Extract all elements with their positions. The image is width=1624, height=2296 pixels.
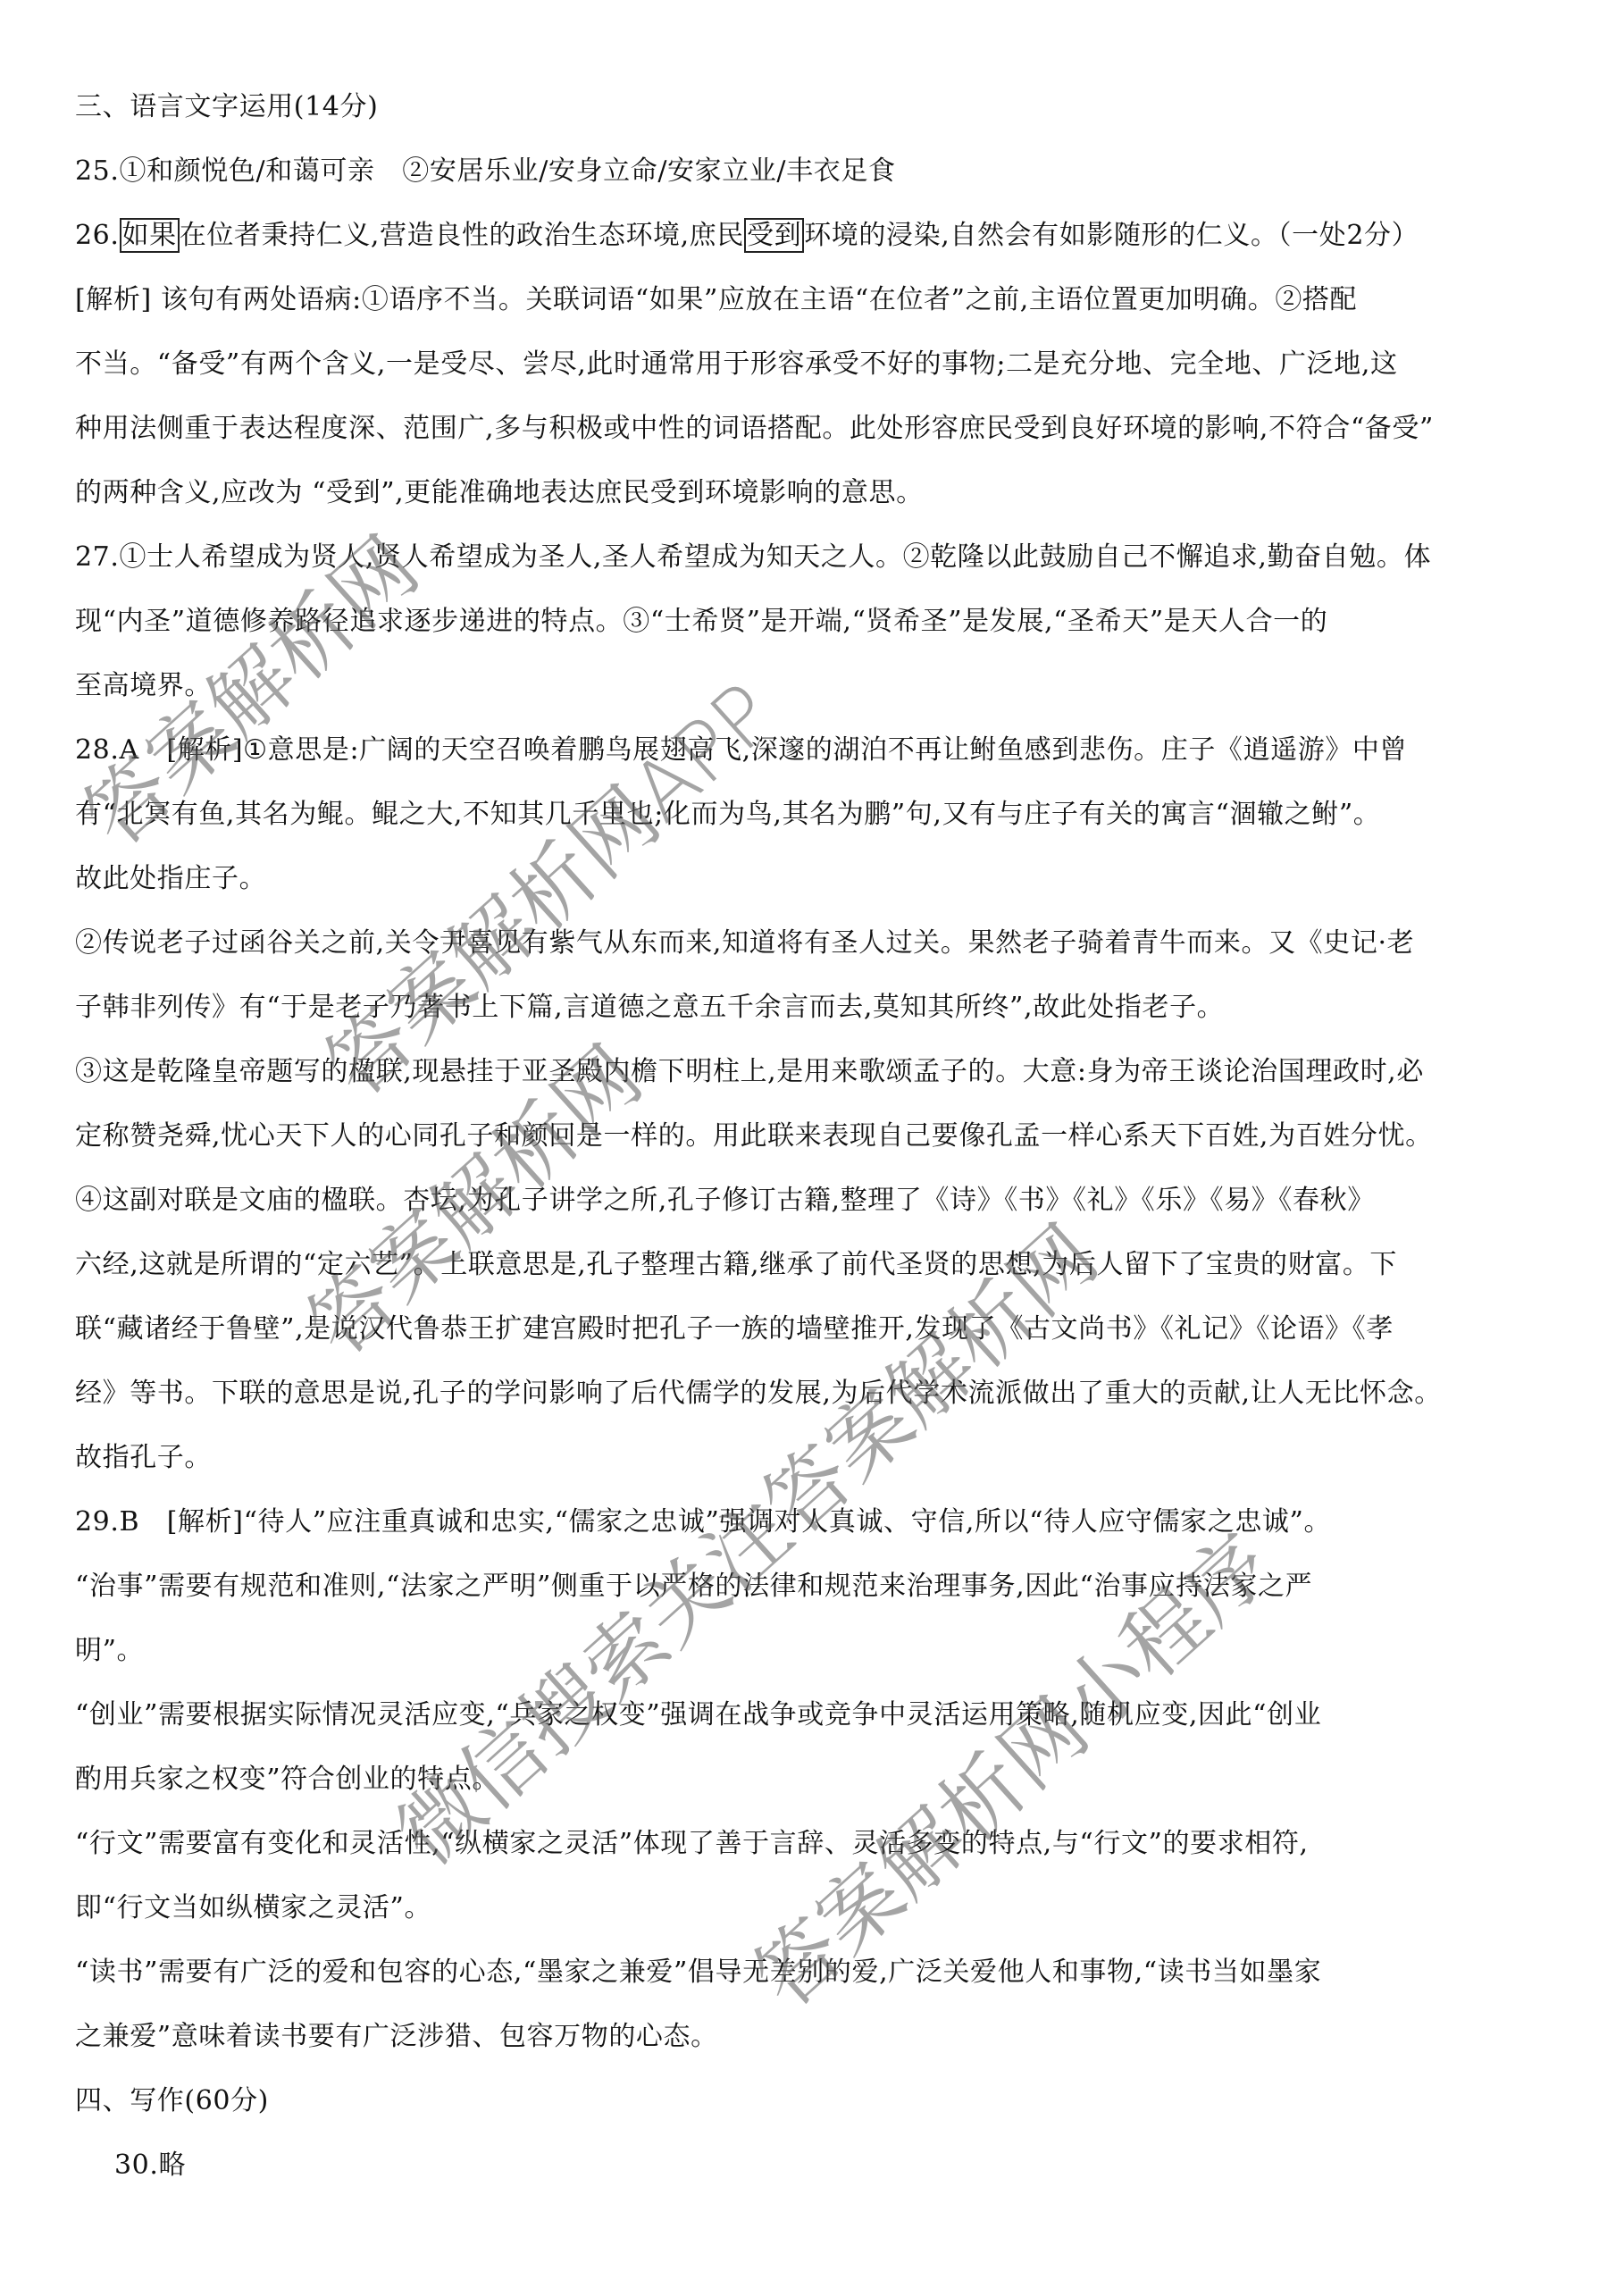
answer-29-line: 29.B [解析]“待人”应注重真诚和忠实,“儒家之忠诚”强调对人真诚、守信,所… (75, 1504, 1331, 1540)
answer-26-suffix: 环境的浸染,自然会有如影随形的仁义。（一处2分） (804, 220, 1419, 251)
answer-28-line: ③这是乾隆皇帝题写的楹联,现悬挂于亚圣殿内檐下明柱上,是用来歌颂孟子的。大意:身… (75, 1054, 1424, 1090)
answer-30: 30.略 (114, 2148, 186, 2183)
answer-29-line: 之兼爱”意味着读书要有广泛涉猎、包容万物的心态。 (75, 2019, 718, 2055)
watermark: 答案解析网APP (297, 652, 796, 1119)
boxed-correction-1: 如果 (120, 218, 180, 253)
analysis-26-line: 不当。“备受”有两个含义,一是受尽、尝尽,此时通常用于形容承受不好的事物;二是充… (75, 347, 1398, 382)
answer-25: 25.①和颜悦色/和蔼可亲 ②安居乐业/安身立命/安家立业/丰衣足食 (75, 154, 896, 189)
answer-28-line: ②传说老子过函谷关之前,关令尹喜见有紫气从东而来,知道将有圣人过关。果然老子骑着… (75, 926, 1414, 961)
answer-28-line: 子韩非列传》有“于是老子乃著书上下篇,言道德之意五千余言而去,莫知其所终”,故此… (75, 990, 1224, 1026)
answer-29-line: “行文”需要富有变化和灵活性,“纵横家之灵活”体现了善于言辞、灵活多变的特点,与… (75, 1826, 1309, 1862)
answer-29-line: 即“行文当如纵横家之灵活”。 (75, 1890, 431, 1926)
answer-29-line: “治事”需要有规范和准则,“法家之严明”侧重于以严格的法律和规范来治理事务,因此… (75, 1569, 1312, 1605)
answer-29-line: “创业”需要根据实际情况灵活应变,“兵家之权变”强调在战争或竞争中灵活运用策略,… (75, 1697, 1321, 1733)
answer-28-line: 定称赞尧舜,忧心天下人的心同孔子和颜回是一样的。用此联来表现自己要像孔孟一样心系… (75, 1119, 1433, 1154)
analysis-26-line: 种用法侧重于表达程度深、范围广,多与积极或中性的词语搭配。此处形容庶民受到良好环… (75, 411, 1434, 447)
section-heading-writing: 四、写作(60分) (75, 2083, 269, 2119)
answer-29-line: 明”。 (75, 1633, 144, 1669)
answer-28-line: ④这副对联是文庙的楹联。杏坛,为孔子讲学之所,孔子修订古籍,整理了《诗》《书》《… (75, 1183, 1375, 1219)
analysis-26-line: [解析] 该句有两处语病:①语序不当。关联词语“如果”应放在主语“在位者”之前,… (75, 282, 1357, 318)
section-heading-language-use: 三、语言文字运用(14分) (75, 89, 378, 125)
answer-26: 26.如果在位者秉持仁义,营造良性的政治生态环境,庶民受到环境的浸染,自然会有如… (75, 218, 1419, 254)
answer-27-line: 27.①士人希望成为贤人,贤人希望成为圣人,圣人希望成为知天之人。②乾隆以此鼓励… (75, 540, 1431, 575)
answer-28-line: 联“藏诸经于鲁壁”,是说汉代鲁恭王扩建宫殿时把孔子一族的墙壁推开,发现了《古文尚… (75, 1311, 1394, 1347)
answer-28-line: 有“北冥有鱼,其名为鲲。鲲之大,不知其几千里也;化而为鸟,其名为鹏”句,又有与庄… (75, 797, 1380, 833)
answer-28-line: 六经,这就是所谓的“定六艺”。上联意思是,孔子整理古籍,继承了前代圣贤的思想,为… (75, 1247, 1397, 1283)
answer-28-line: 故指孔子。 (75, 1440, 212, 1476)
answer-28-line: 故此处指庄子。 (75, 861, 266, 897)
answer-28-line: 28.A [解析]①意思是:广阔的天空召唤着鹏鸟展翅高飞,深邃的湖泊不再让鲋鱼感… (75, 733, 1407, 768)
answer-29-line: “读书”需要有广泛的爱和包容的心态,“墨家之兼爱”倡导无差别的爱,广泛关爱他人和… (75, 1955, 1321, 1990)
answer-28-line: 经》等书。下联的意思是说,孔子的学问影响了后代儒学的发展,为后代学术流派做出了重… (75, 1376, 1442, 1412)
boxed-correction-2: 受到 (744, 218, 804, 253)
answer-26-middle: 在位者秉持仁义,营造良性的政治生态环境,庶民 (180, 220, 744, 251)
answer-27-line: 至高境界。 (75, 668, 212, 704)
answer-29-line: 酌用兵家之权变”符合创业的特点。 (75, 1762, 499, 1797)
answer-26-number: 26. (75, 220, 120, 251)
answer-27-line: 现“内圣”道德修养路径追求逐步递进的特点。③“士希贤”是开端,“贤希圣”是发展,… (75, 604, 1327, 640)
analysis-26-line: 的两种含义,应改为 “受到”,更能准确地表达庶民受到环境影响的意思。 (75, 475, 924, 511)
